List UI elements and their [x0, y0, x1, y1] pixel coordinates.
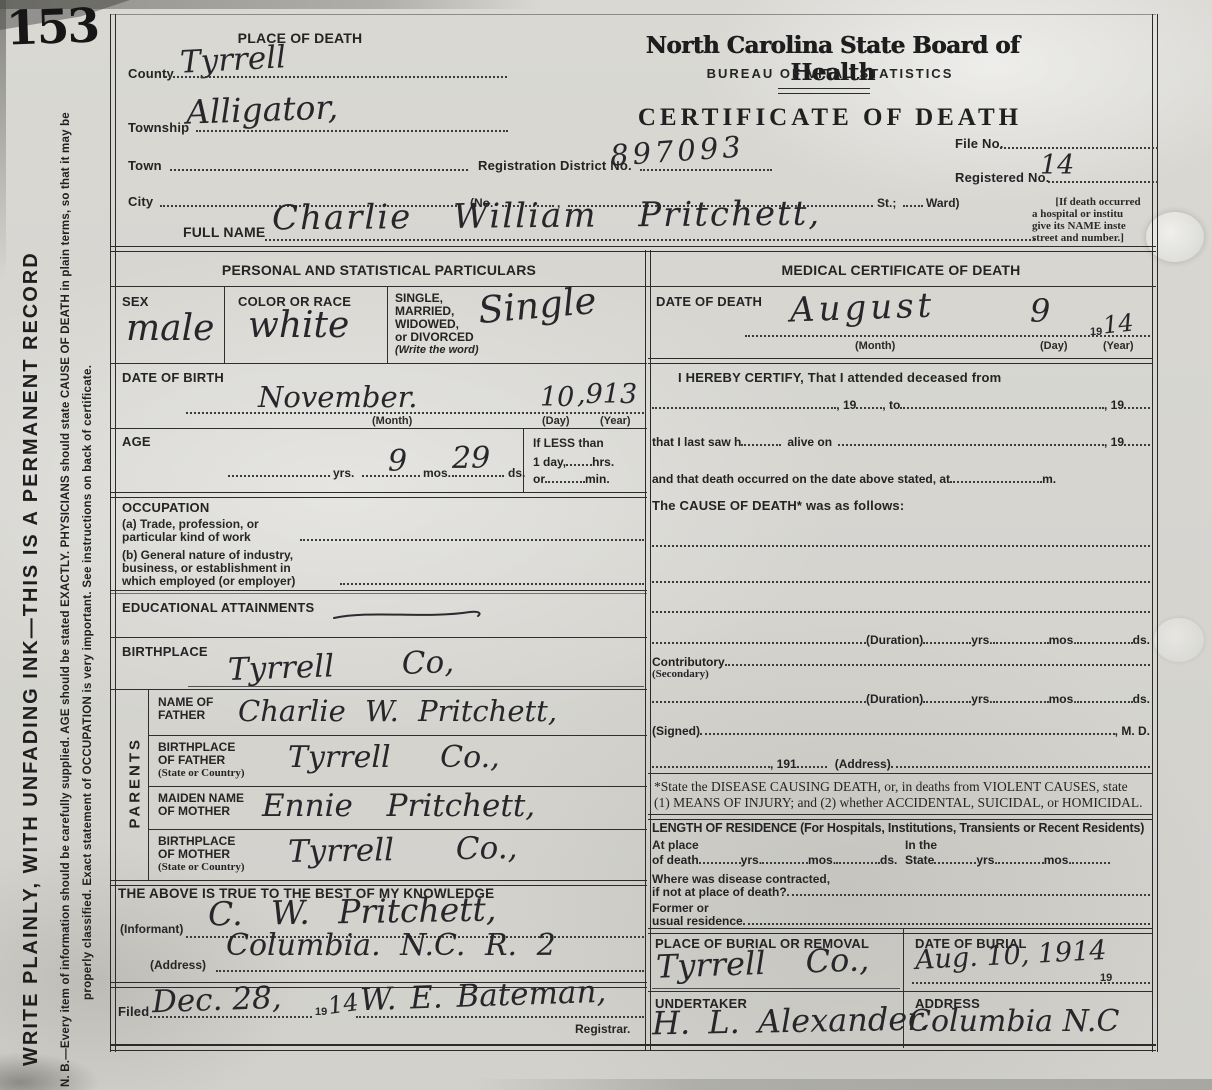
signed-line: (Signed), M. D.	[652, 724, 1150, 738]
town-label: Town	[128, 158, 162, 173]
mother-birthplace-value: Tyrrell Co.,	[288, 830, 518, 870]
city-ward-label: Ward)	[926, 196, 960, 210]
medical-section-title: MEDICAL CERTIFICATE OF DEATH	[648, 262, 1154, 278]
form-right-border	[1152, 14, 1158, 1052]
yrs-label: yrs.	[976, 853, 997, 867]
age-yrs-label: yrs.	[333, 466, 354, 480]
blank-line	[725, 662, 1150, 666]
year-19: , 19	[1104, 398, 1124, 412]
file-no-line	[1000, 147, 1158, 149]
county-value: Tyrrell	[179, 39, 287, 80]
hospital-note: [If death occurred a hospital or institu…	[1032, 196, 1164, 244]
marital-hint: (Write the word)	[395, 344, 479, 357]
filed-label: Filed	[118, 1004, 149, 1019]
cause-footnote-line2: (1) MEANS OF INJURY; and (2) whether ACC…	[654, 795, 1150, 811]
duration-line: (Duration)yrs.mos.ds.	[652, 631, 1150, 647]
blank-line	[787, 892, 1150, 896]
registered-no-label: Registered No.	[955, 170, 1050, 185]
blank-line	[856, 396, 882, 409]
blank-line	[923, 690, 971, 703]
margin-nb-note-line1: N. B.—Every item of information should b…	[60, 112, 72, 1087]
sex-label: SEX	[122, 294, 149, 309]
of-death-label: of death	[652, 853, 699, 867]
occupation-b-line3: which employed (or employer)	[122, 574, 295, 588]
duration-label: (Duration)	[866, 692, 923, 706]
registration-district-line	[640, 169, 772, 171]
age-label: AGE	[122, 434, 151, 449]
scan-blotch-bottom-left	[0, 1052, 100, 1090]
m-label: m.	[1042, 472, 1056, 486]
hrs-label: hrs.	[592, 455, 614, 469]
blank-line	[998, 851, 1044, 864]
registered-no-value: 14	[1040, 150, 1074, 181]
margin-write-plainly-note: WRITE PLAINLY, WITH UNFADING INK—THIS IS…	[20, 251, 43, 1066]
contracted-label-line2: if not at place of death?	[652, 885, 787, 899]
mother-name-value: Ennie Pritchett,	[262, 788, 535, 824]
label-line: FATHER	[158, 709, 213, 722]
dob-month-value: November.	[258, 380, 418, 414]
dob-year-value: ,913	[577, 379, 637, 410]
registration-district-value: 897093	[609, 129, 746, 172]
row-rule	[110, 637, 647, 638]
yrs-label: yrs.	[971, 692, 992, 706]
city-ward-line	[903, 205, 923, 207]
sex-value: male	[126, 308, 214, 349]
margin-nb-note-line2: properly classified. Exact statement of …	[82, 365, 94, 1000]
certify-from-to-line: , 19, to, 19	[652, 396, 1150, 412]
father-birthplace-value: Tyrrell Co.,	[288, 740, 500, 775]
cause-line	[652, 545, 1150, 547]
mos-label: mos.	[1049, 633, 1077, 647]
burial-place-underline	[652, 988, 900, 989]
hole-punch	[1154, 618, 1204, 662]
father-name-label: NAME OF FATHER	[158, 696, 213, 722]
township-label: Township	[128, 120, 189, 135]
row-rule	[148, 829, 647, 830]
filed-line2	[356, 1016, 644, 1018]
marital-status-label: SINGLE, MARRIED, WIDOWED, or DIVORCED (W…	[395, 292, 479, 357]
alive-on-text: alive on	[787, 435, 832, 449]
birthplace-value: Tyrrell Co,	[227, 644, 454, 688]
former-label-line2: usual residence	[652, 914, 743, 928]
informant-address-line	[216, 970, 644, 972]
blank-line	[923, 631, 971, 644]
row-rule	[648, 358, 1152, 364]
yrs-label: yrs.	[971, 633, 992, 647]
dod-day-value: 9	[1030, 292, 1050, 330]
dob-year-hint: (Year)	[600, 415, 631, 427]
label-line: OF MOTHER	[158, 805, 244, 818]
certificate-title: CERTIFICATE OF DEATH	[630, 104, 1030, 132]
dod-day-hint: (Day)	[1040, 340, 1068, 352]
page-number-stamp: 153	[5, 0, 99, 57]
informant-value: C. W. Pritchett,	[208, 889, 497, 933]
in-the-label-line1: In the	[905, 838, 937, 852]
cause-line	[652, 581, 1150, 583]
parents-side-label: PARENTS	[127, 739, 144, 829]
handwritten-dash	[330, 606, 490, 624]
age-mos-label: mos.	[423, 466, 451, 480]
row-rule	[110, 492, 647, 498]
age-yrs-line	[228, 475, 330, 477]
personal-section-title: PERSONAL AND STATISTICAL PARTICULARS	[113, 262, 645, 278]
row-rule	[648, 773, 1152, 774]
city-label: City	[128, 194, 153, 209]
address-label: (Address)	[835, 757, 891, 771]
age-less-than-line1: If LESS than	[533, 436, 604, 450]
cause-of-death-label: The CAUSE OF DEATH* was as follows:	[652, 498, 904, 513]
blank-line	[836, 851, 880, 864]
state-label: State	[905, 853, 934, 867]
row-rule	[110, 593, 647, 594]
blank-line	[741, 433, 781, 446]
blank-line	[652, 405, 836, 409]
cause-footnote-line1: *State the DISEASE CAUSING DEATH, or, in…	[654, 779, 1150, 795]
mos-label: mos.	[1049, 692, 1077, 706]
signed-label: (Signed)	[652, 724, 700, 738]
dod-line	[745, 335, 1150, 337]
county-label: County	[128, 66, 174, 81]
registrar-signature: W. E. Bateman,	[359, 974, 606, 1019]
row-rule	[110, 689, 647, 690]
occupation-b-line	[340, 583, 644, 585]
parents-inner-border	[148, 689, 149, 881]
blank-line	[699, 851, 741, 864]
undertaker-address-value: Columbia N.C	[908, 1004, 1119, 1039]
dod-year-hint: (Year)	[1103, 340, 1134, 352]
form-left-border	[110, 14, 116, 1052]
dob-day-hint: (Day)	[542, 415, 570, 427]
secondary-label: (Secondary)	[652, 668, 709, 680]
death-certificate-scan: 153 WRITE PLAINLY, WITH UNFADING INK—THI…	[0, 0, 1212, 1090]
occupation-a-line1: (a) Trade, profession, or	[122, 517, 259, 531]
hospital-note-line: give its NAME inste	[1032, 220, 1164, 232]
blank-line	[993, 631, 1049, 644]
registration-district-label: Registration District No.	[478, 158, 632, 173]
blank-line	[838, 442, 1104, 446]
mos-label: mos.	[1044, 853, 1072, 867]
year-191: , 191	[770, 757, 797, 771]
dob-day-value: 10	[540, 382, 574, 413]
label-line: (State or Country)	[158, 861, 245, 874]
dod-month-hint: (Month)	[855, 340, 895, 352]
last-saw-text: that I last saw h	[652, 435, 741, 449]
at-place-line: of deathyrs.mos.ds.	[652, 851, 897, 867]
undertaker-value: H. L. Alexander.	[652, 1000, 930, 1043]
age-less-than-line2: 1 day,hrs.	[533, 453, 614, 469]
cell-divider	[387, 287, 388, 363]
row-rule	[110, 363, 647, 364]
burial-place-value: Tyrrell Co.,	[655, 940, 869, 985]
registered-no-line	[1048, 181, 1158, 183]
full-name-label: FULL NAME	[183, 224, 265, 240]
informant-address-label: (Address)	[150, 958, 206, 972]
or-text: or	[533, 472, 545, 486]
dod-month-value: August	[789, 285, 936, 330]
blank-line	[652, 755, 770, 768]
form-bottom-border	[110, 1044, 1156, 1051]
contributory-line: Contributory	[652, 655, 1150, 669]
blank-line	[950, 470, 1042, 483]
filed-date-value: Dec. 28,	[151, 980, 282, 1021]
contributory-label: Contributory	[652, 655, 725, 669]
registrar-label: Registrar.	[575, 1022, 630, 1036]
scan-edge-left	[0, 0, 6, 280]
filed-line1	[150, 1016, 312, 1018]
blank-line	[1124, 433, 1150, 446]
occupation-a-line2: particular kind of work	[122, 530, 251, 544]
year-19: , 19	[836, 398, 856, 412]
blank-line	[900, 405, 1104, 409]
certify-line: I HEREBY CERTIFY, That I attended deceas…	[678, 370, 1001, 385]
row-rule	[648, 991, 1152, 992]
occupation-label: OCCUPATION	[122, 500, 209, 515]
mother-birthplace-label: BIRTHPLACE OF MOTHER (State or Country)	[158, 835, 245, 874]
occupation-b-line2: business, or establishment in	[122, 561, 291, 575]
year-19: , 19	[1104, 435, 1124, 449]
occurred-text: and that death occurred on the date abov…	[652, 472, 950, 486]
blank-line	[652, 640, 866, 644]
father-birthplace-label: BIRTHPLACE OF FATHER (State or Country)	[158, 741, 245, 780]
ds-label: ds.	[880, 853, 897, 867]
father-name-value: Charlie W. Pritchett,	[238, 694, 557, 728]
date-address-line: , 191(Address)	[652, 755, 1150, 771]
date-of-birth-label: DATE OF BIRTH	[122, 370, 224, 385]
to-label: , to	[882, 398, 900, 412]
full-name-value: Charlie William Pritchett,	[272, 194, 821, 239]
blank-line	[762, 851, 808, 864]
header-bottom-rule	[110, 246, 1156, 252]
blank-line	[1077, 690, 1133, 703]
label-line: (State or Country)	[158, 767, 245, 780]
color-race-value: white	[248, 305, 349, 346]
full-name-line	[265, 239, 1035, 241]
bureau-underline	[778, 88, 870, 94]
residence-title: LENGTH OF RESIDENCE (For Hospitals, Inst…	[652, 821, 1144, 835]
dob-month-hint: (Month)	[372, 415, 412, 427]
county-line	[165, 76, 507, 78]
blank-line	[700, 731, 1115, 735]
md-label: , M. D.	[1115, 724, 1150, 738]
file-no-label: File No.	[955, 136, 1004, 151]
at-place-label-line1: At place	[652, 838, 699, 852]
form-top-border	[110, 14, 1156, 15]
birthplace-underline	[188, 686, 644, 687]
last-saw-line: that I last saw halive on, 19	[652, 433, 1150, 449]
yrs-label: yrs.	[741, 853, 762, 867]
contracted-label-line1: Where was disease contracted,	[652, 872, 830, 886]
township-line	[196, 130, 508, 132]
education-label: EDUCATIONAL ATTAINMENTS	[122, 600, 314, 615]
township-value: Alligator,	[185, 87, 338, 131]
row-rule	[648, 928, 1152, 934]
hrs-line	[566, 453, 592, 466]
birthplace-label: BIRTHPLACE	[122, 644, 208, 659]
duration-label: (Duration)	[866, 633, 923, 647]
row-rule	[110, 428, 647, 429]
dob-line	[186, 412, 644, 414]
less-than-text: 1 day,	[533, 455, 566, 469]
town-line	[170, 169, 468, 171]
date-of-death-label: DATE OF DEATH	[656, 294, 762, 309]
occupation-b-line1: (b) General nature of industry,	[122, 548, 293, 562]
blank-line	[993, 690, 1049, 703]
cause-line	[652, 611, 1150, 613]
blank-line	[934, 851, 976, 864]
hospital-note-line: [If death occurred	[1032, 196, 1164, 208]
ds-label: ds.	[1133, 692, 1150, 706]
death-occurred-line: and that death occurred on the date abov…	[652, 470, 1056, 486]
blank-line	[1124, 396, 1150, 409]
blank-line	[743, 921, 1150, 925]
blank-line	[1077, 631, 1133, 644]
blank-line	[797, 755, 827, 768]
former-label-line1: Former or	[652, 901, 709, 915]
scan-edge-bottom	[470, 1079, 1212, 1090]
age-less-than-line3: ormin.	[533, 470, 610, 486]
section-title-rule	[110, 286, 1156, 287]
bureau-subtitle: BUREAU OF VITAL STATISTICS	[650, 66, 1010, 81]
row-rule	[648, 814, 1152, 820]
cell-divider	[224, 287, 225, 363]
occupation-a-line	[300, 539, 644, 541]
age-ds-value: 29	[452, 441, 490, 476]
blank-line	[1072, 851, 1110, 864]
row-rule	[148, 735, 647, 736]
min-label: min.	[585, 472, 610, 486]
ds-label: ds.	[1133, 633, 1150, 647]
label-line: OF MOTHER	[158, 848, 245, 861]
marital-line: or DIVORCED	[395, 331, 479, 344]
hospital-note-line: a hospital or institu	[1032, 208, 1164, 220]
filed-year-printed: 19	[315, 1006, 327, 1018]
hospital-note-line: street and number.]	[1032, 232, 1164, 244]
informant-address-value: Columbia. N.C. R. 2	[226, 928, 556, 963]
marital-status-value: Single	[476, 279, 598, 332]
mos-label: mos.	[808, 853, 836, 867]
city-st-label: St.;	[877, 196, 896, 210]
burial-date-line	[912, 982, 1150, 984]
age-mos-value: 9	[388, 444, 407, 479]
in-state-line: Stateyrs.mos.	[905, 851, 1110, 867]
label-line: OF FATHER	[158, 754, 245, 767]
cell-divider	[523, 428, 524, 492]
former-residence-line: usual residence	[652, 914, 1150, 928]
min-line	[545, 470, 585, 483]
contracted-line: if not at place of death?	[652, 885, 1150, 899]
informant-label: (Informant)	[120, 922, 183, 936]
blank-line	[891, 764, 1150, 768]
blank-line	[652, 699, 866, 703]
mother-name-label: MAIDEN NAME OF MOTHER	[158, 792, 244, 818]
row-rule	[110, 590, 647, 591]
duration-line: (Duration)yrs.mos.ds.	[652, 690, 1150, 706]
